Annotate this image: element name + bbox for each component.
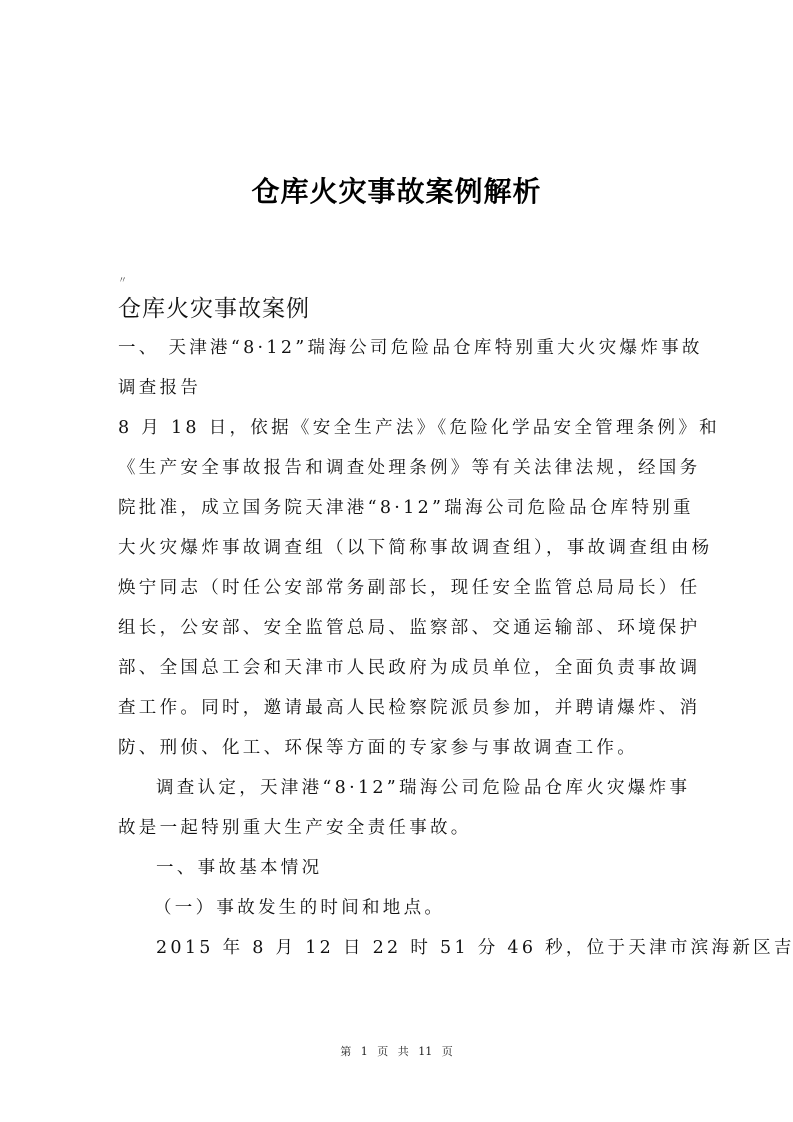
- text-line: 焕宁同志（时任公安部常务副部长，现任安全监管总局局长）任: [118, 573, 678, 613]
- section-heading: 仓库火灾事故案例: [118, 290, 310, 323]
- text-line: 故是一起特别重大生产安全责任事故。: [118, 813, 678, 853]
- text-line: 部、全国总工会和天津市人民政府为成员单位，全面负责事故调: [118, 653, 678, 693]
- page-number: 第 1 页 共 11 页: [0, 1043, 793, 1059]
- text-line: 调查认定，天津港“8·12”瑞海公司危险品仓库火灾爆炸事: [118, 773, 678, 813]
- paragraph-mark: 〃: [118, 273, 127, 286]
- text-line: 8 月 18 日，依据《安全生产法》《危险化学品安全管理条例》和: [118, 413, 678, 453]
- text-line: 《生产安全事故报告和调查处理条例》等有关法律法规，经国务: [118, 453, 678, 493]
- document-body: 一、 天津港“8·12”瑞海公司危险品仓库特别重大火灾爆炸事故 调查报告 8 月…: [118, 333, 678, 973]
- text-line: 防、刑侦、化工、环保等方面的专家参与事故调查工作。: [118, 733, 678, 773]
- text-line: 调查报告: [118, 373, 678, 413]
- text-line: 一、 天津港“8·12”瑞海公司危险品仓库特别重大火灾爆炸事故: [118, 333, 678, 373]
- text-line: 查工作。同时，邀请最高人民检察院派员参加，并聘请爆炸、消: [118, 693, 678, 733]
- text-line: （一）事故发生的时间和地点。: [118, 893, 678, 933]
- document-title: 仓库火灾事故案例解析: [0, 170, 793, 210]
- text-line: 组长，公安部、安全监管总局、监察部、交通运输部、环境保护: [118, 613, 678, 653]
- text-line: 大火灾爆炸事故调查组（以下简称事故调查组），事故调查组由杨: [118, 533, 678, 573]
- text-line: 院批准，成立国务院天津港“8·12”瑞海公司危险品仓库特别重: [118, 493, 678, 533]
- text-line: 一、事故基本情况: [118, 853, 678, 893]
- text-line: 2015 年 8 月 12 日 22 时 51 分 46 秒，位于天津市滨海新区…: [118, 933, 678, 973]
- document-page: 仓库火灾事故案例解析 〃 仓库火灾事故案例 一、 天津港“8·12”瑞海公司危险…: [0, 0, 793, 1122]
